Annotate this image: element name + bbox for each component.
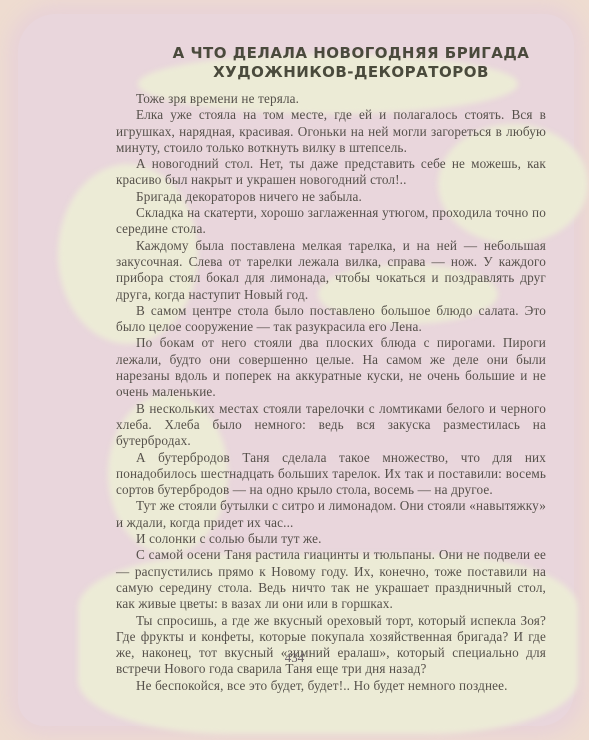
paragraph: С самой осени Таня растила гиацинты и тю… — [116, 547, 546, 612]
paragraph: Складка на скатерти, хорошо заглаженная … — [116, 205, 546, 238]
page-number: 434 — [0, 650, 589, 666]
paragraph: По бокам от него стояли два плоских блюд… — [116, 335, 546, 400]
chapter-title-line-2: ХУДОЖНИКОВ-ДЕКОРАТОРОВ — [156, 63, 546, 82]
page-content: А ЧТО ДЕЛАЛА НОВОГОДНЯЯ БРИГАДА ХУДОЖНИК… — [116, 44, 546, 694]
paragraph: Не беспокойся, все это будет, будет!.. Н… — [116, 678, 546, 694]
paragraph: Тут же стояли бутылки с ситро и лимонадо… — [116, 498, 546, 531]
paragraph: А новогодний стол. Нет, ты даже представ… — [116, 156, 546, 189]
paragraph: Елка уже стояла на том месте, где ей и п… — [116, 107, 546, 156]
paragraph: Тоже зря времени не теряла. — [116, 91, 546, 107]
chapter-title-line-1: А ЧТО ДЕЛАЛА НОВОГОДНЯЯ БРИГАДА — [156, 44, 546, 63]
paragraph: В самом центре стола было поставлено бол… — [116, 303, 546, 336]
chapter-title: А ЧТО ДЕЛАЛА НОВОГОДНЯЯ БРИГАДА ХУДОЖНИК… — [116, 44, 546, 82]
paragraph: Ты спросишь, а где же вкусный ореховый т… — [116, 613, 546, 678]
paragraph: А бутербродов Таня сделала такое множест… — [116, 450, 546, 499]
paragraph: И солонки с солью были тут же. — [116, 531, 546, 547]
paragraph: В нескольких местах стояли тарелочки с л… — [116, 401, 546, 450]
paragraph: Бригада декораторов ничего не забыла. — [116, 189, 546, 205]
paragraph: Каждому была поставлена мелкая тарелка, … — [116, 238, 546, 303]
